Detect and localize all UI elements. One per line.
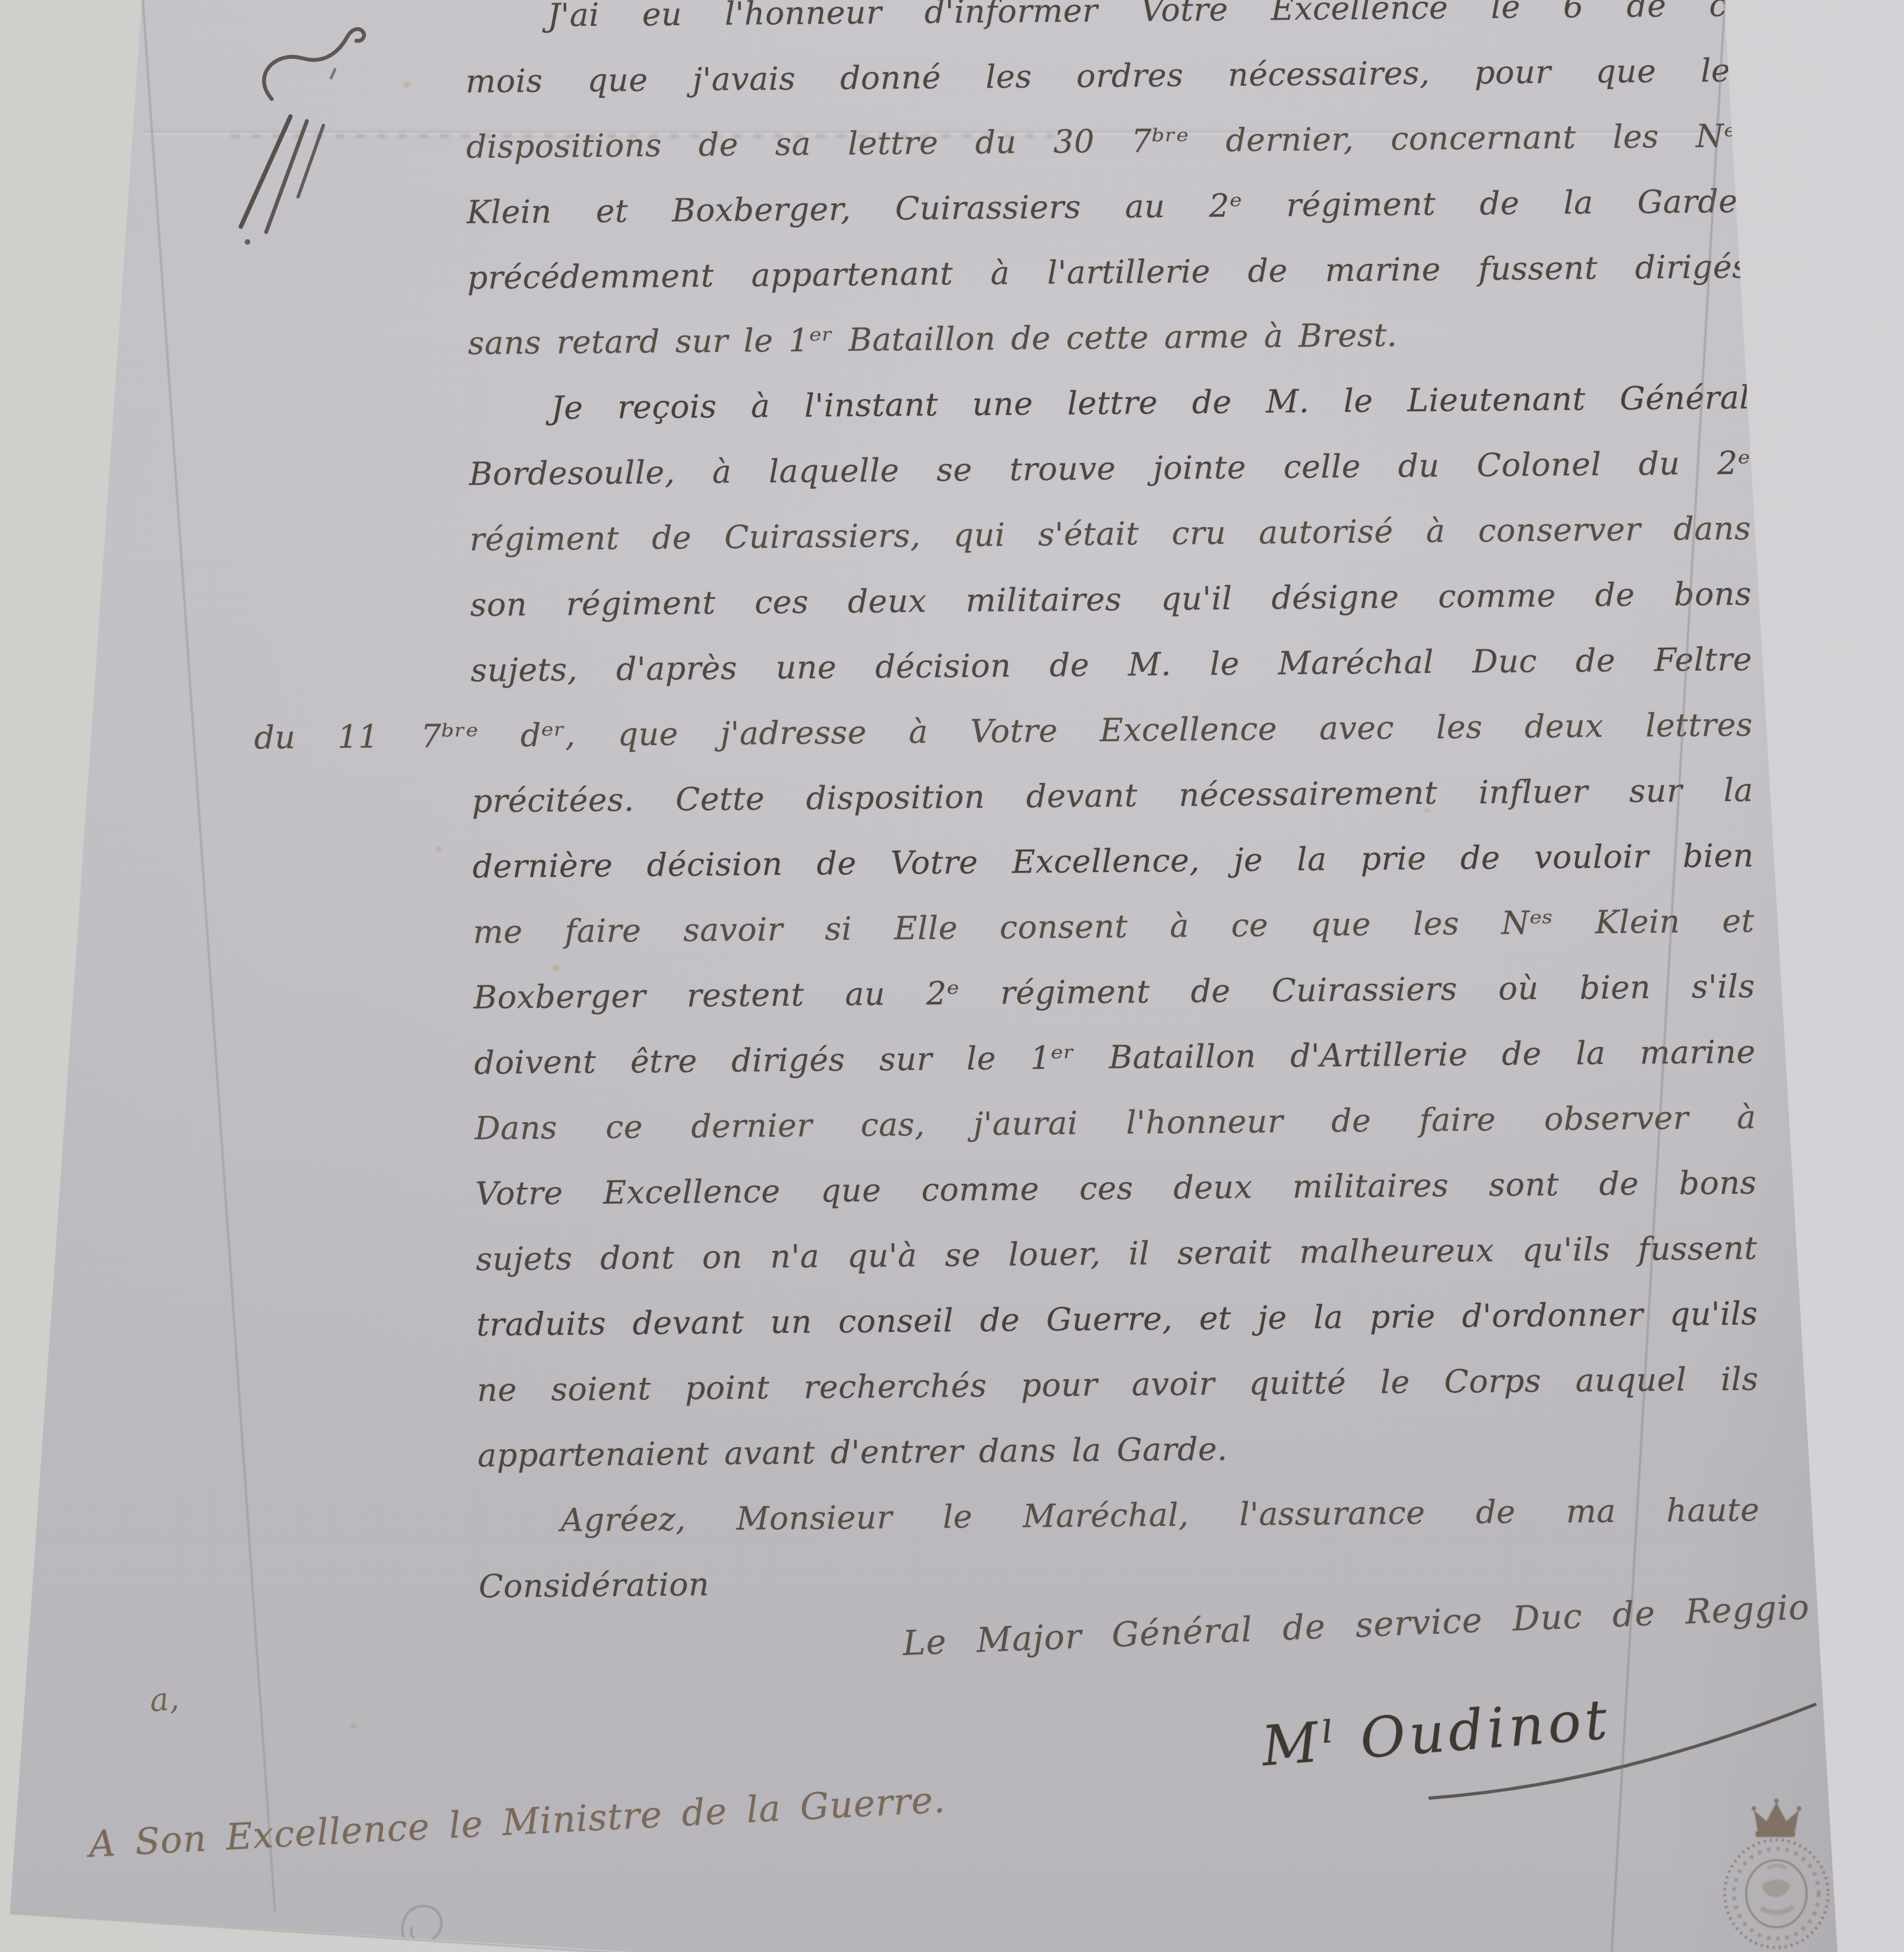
- letter-photograph: J'ai eu l'honneur d'informer Votre Excel…: [0, 0, 1904, 1952]
- letter-line: ne soient point recherchés pour avoir qu…: [477, 1347, 1759, 1423]
- letter-sheet: J'ai eu l'honneur d'informer Votre Excel…: [0, 0, 1904, 1952]
- letter-line: précédemment appartenant à l'artillerie …: [467, 234, 1749, 311]
- letter-line: précitées. Cette disposition devant néce…: [471, 758, 1753, 834]
- letter-line: du 11 7ᵇʳᵉ dᵉʳ, que j'adresse à Votre Ex…: [254, 692, 1753, 771]
- letter-line: sans retard sur le 1ᵉʳ Bataillon de cett…: [467, 300, 1749, 376]
- foxing-spot: [436, 847, 441, 852]
- letter-line: sujets dont on n'a qu'à se louer, il ser…: [476, 1216, 1758, 1292]
- paraph-flourish-icon: [214, 22, 396, 258]
- letter-line: appartenaient avant d'entrer dans la Gar…: [477, 1412, 1759, 1488]
- letter-line: me faire savoir si Elle consent à ce que…: [473, 889, 1755, 965]
- crown-icon: [1752, 1799, 1801, 1837]
- letter-line: Klein et Boxberger, Cuirassiers au 2ᵉ ré…: [466, 169, 1748, 245]
- foxing-spot: [1424, 808, 1429, 813]
- letter-line: sujets, d'après une décision de M. le Ma…: [470, 627, 1752, 703]
- letter-line: Dans ce dernier cas, j'aurai l'honneur d…: [475, 1085, 1757, 1161]
- library-stamp-icon: [1715, 1796, 1844, 1952]
- foxing-spot: [1406, 858, 1415, 864]
- letter-line: Bordesoulle, à laquelle se trouve jointe…: [469, 431, 1751, 507]
- letter-line: dispositions de sa lettre du 30 7ᵇʳᵉ der…: [466, 103, 1748, 180]
- letter-line: son régiment ces deux militaires qu'il d…: [470, 561, 1752, 638]
- address-line: A Son Excellence le Ministre de la Guerr…: [88, 1778, 947, 1865]
- seal-device: [1761, 1865, 1793, 1913]
- letter-line: Boxberger restent au 2ᵉ régiment de Cuir…: [474, 954, 1756, 1030]
- letter-line: régiment de Cuirassiers, qui s'était cru…: [469, 496, 1751, 572]
- foxing-spot: [552, 964, 560, 971]
- foxing-spot: [403, 81, 410, 87]
- letter-line: Je reçois à l'instant une lettre de M. l…: [468, 365, 1750, 442]
- foxing-spot: [351, 1723, 357, 1729]
- letter-line: dernière décision de Votre Excellence, j…: [472, 823, 1754, 900]
- letter-line: doivent être dirigés sur le 1ᵉʳ Bataillo…: [474, 1019, 1756, 1096]
- letter-line: traduits devant un conseil de Guerre, et…: [476, 1281, 1758, 1358]
- marginal-note: a,: [148, 1679, 181, 1719]
- letter-line: Agréez, Monsieur le Maréchal, l'assuranc…: [478, 1477, 1760, 1554]
- letter-line: mois que j'avais donné les ordres nécess…: [465, 38, 1747, 114]
- letter-text: J'ai eu l'honneur d'informer Votre Excel…: [465, 0, 1760, 1619]
- letter-line: Votre Excellence que comme ces deux mili…: [475, 1150, 1757, 1227]
